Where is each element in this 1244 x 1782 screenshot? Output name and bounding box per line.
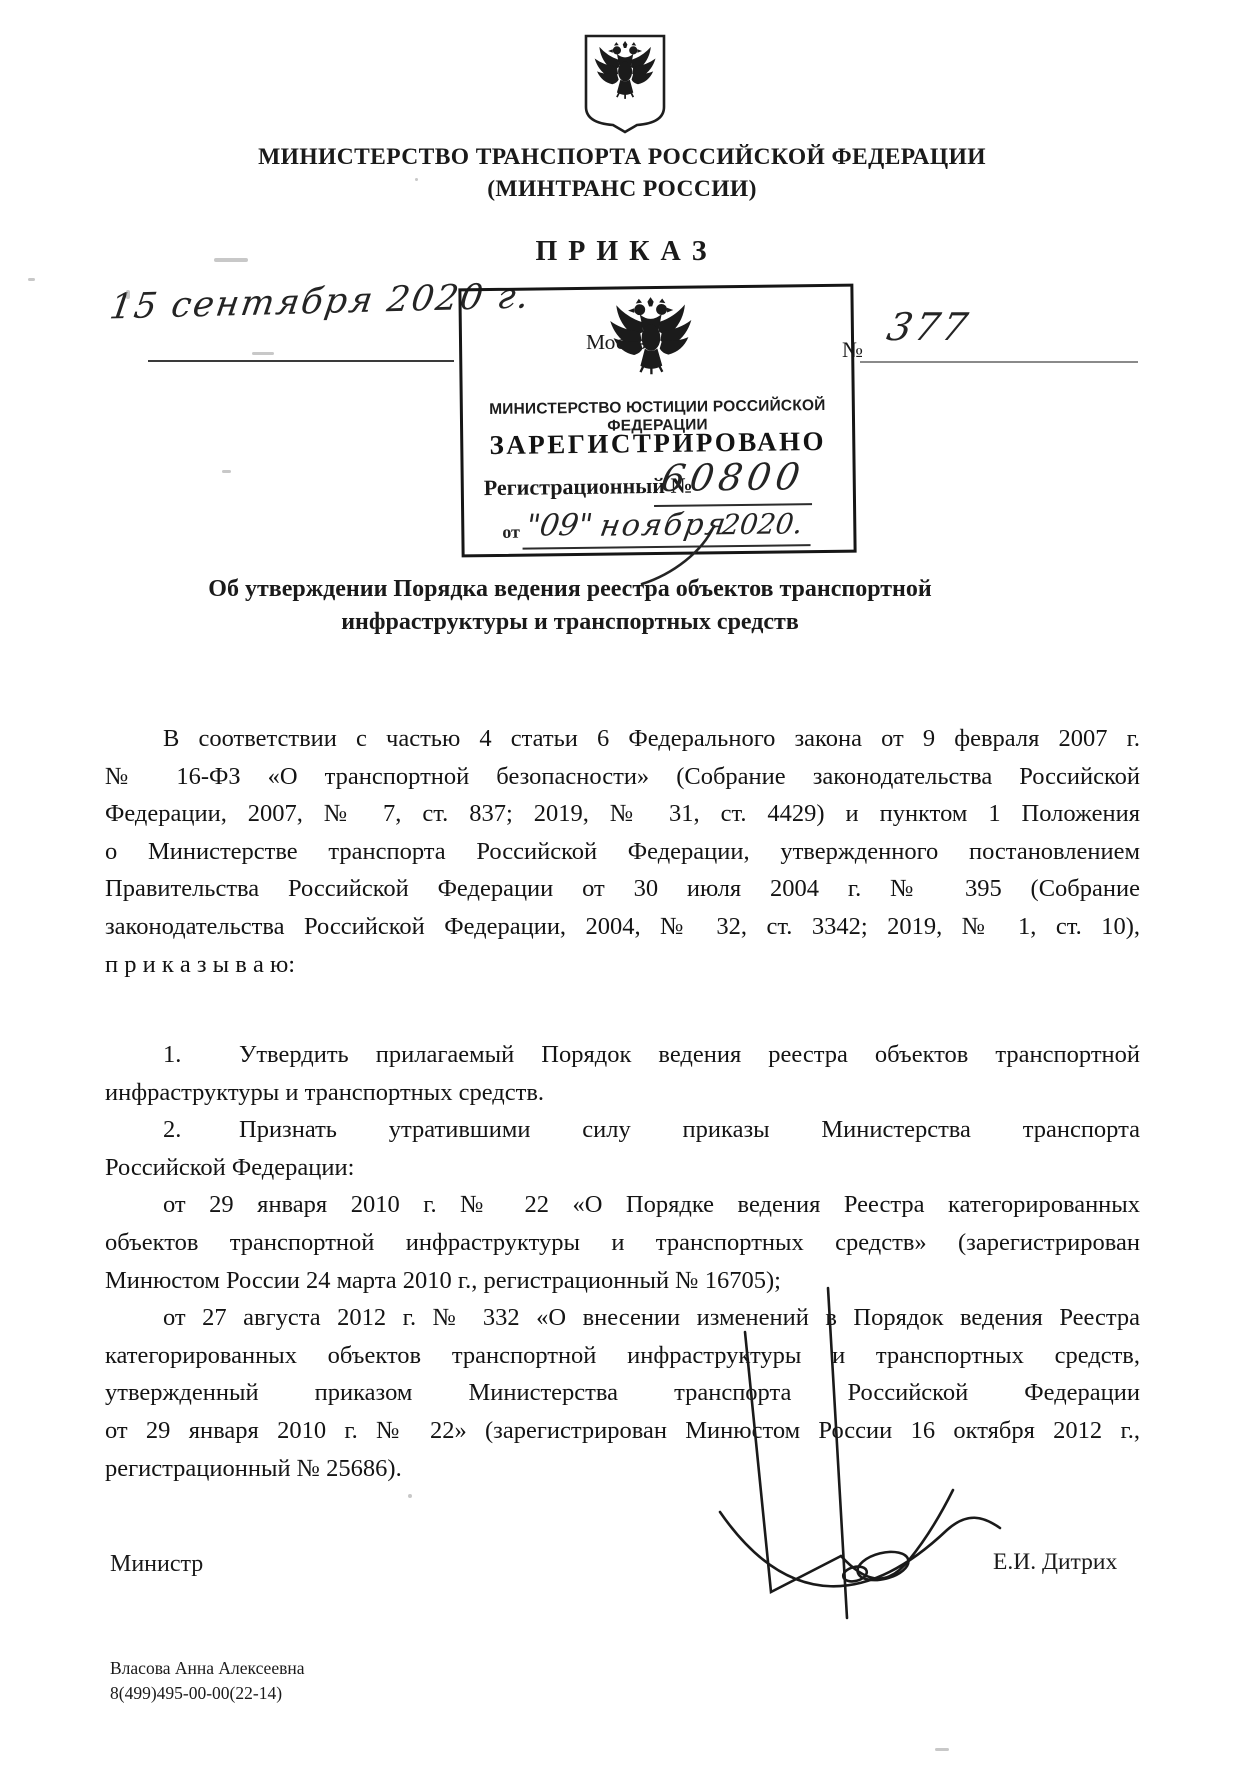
stamp-date-day: "09" (523, 508, 595, 544)
signer-name: Е.И. Дитрих (993, 1549, 1117, 1576)
scan-speck (408, 1494, 412, 1498)
body-line: В соответствии с частью 4 статьи 6 Федер… (105, 720, 1140, 758)
date-underline (148, 360, 454, 362)
body-line: № 16-ФЗ «О транспортной безопасности» (С… (105, 758, 1140, 796)
body-line: 2.Признать утратившими силу приказы Мини… (105, 1111, 1140, 1149)
body-line: п р и к а з ы в а ю: (105, 946, 1140, 984)
body-line: инфраструктуры и транспортных средств. (105, 1074, 1140, 1112)
body-line: законодательства Российской Федерации, 2… (105, 908, 1140, 946)
stamp-registration-number-value: 60800 (658, 455, 808, 500)
body-line: Федерации, 2007, № 7, ст. 837; 2019, № 3… (105, 795, 1140, 833)
contact-name: Власова Анна Алексеевна (110, 1656, 305, 1681)
item-marker: 2. (163, 1111, 239, 1149)
scan-speck (28, 278, 35, 281)
signer-position: Министр (110, 1551, 203, 1578)
scan-speck (415, 178, 418, 181)
handwritten-order-number: 377 (883, 305, 974, 349)
scan-speck (252, 352, 274, 355)
ministry-title-line2: (МИНТРАНС РОССИИ) (0, 176, 1244, 203)
body-line: от 29 января 2010 г. № 22 «О Порядке вед… (105, 1186, 1140, 1224)
scan-speck (935, 1748, 949, 1751)
item-marker: 1. (163, 1036, 239, 1074)
scan-speck (214, 258, 248, 262)
scan-speck (126, 290, 130, 299)
signature-scribble (695, 1268, 1015, 1653)
document-type-title: П Р И К А З (0, 236, 1244, 268)
preamble: В соответствии с частью 4 статьи 6 Федер… (105, 720, 1140, 983)
contact-phone: 8(499)495-00-00(22-14) (110, 1681, 305, 1706)
stamp-date-year: 2020. (720, 507, 804, 541)
contact-block: Власова Анна Алексеевна 8(499)495-00-00(… (110, 1656, 305, 1706)
body-line: о Министерстве транспорта Российской Фед… (105, 833, 1140, 871)
body-line: объектов транспортной инфраструктуры и т… (105, 1224, 1140, 1262)
document-page: МИНИСТЕРСТВО ТРАНСПОРТА РОССИЙСКОЙ ФЕДЕР… (0, 0, 1244, 1782)
order-subject-line1: Об утверждении Порядка ведения реестра о… (0, 573, 1140, 606)
body-line: Правительства Российской Федерации от 30… (105, 870, 1140, 908)
body-line: Российской Федерации: (105, 1149, 1140, 1187)
order-subject-line2: инфраструктуры и транспортных средств (0, 606, 1140, 639)
scan-speck (222, 470, 231, 473)
russia-coat-of-arms-icon (583, 33, 667, 135)
body-line: 1.Утвердить прилагаемый Порядок ведения … (105, 1036, 1140, 1074)
stamp-date-prefix: от (502, 522, 520, 543)
registration-stamp: МИНИСТЕРСТВО ЮСТИЦИИ РОССИЙСКОЙ ФЕДЕРАЦИ… (458, 284, 856, 558)
number-underline (860, 361, 1138, 363)
order-subject: Об утверждении Порядка ведения реестра о… (0, 573, 1140, 639)
ministry-title-line1: МИНИСТЕРСТВО ТРАНСПОРТА РОССИЙСКОЙ ФЕДЕР… (0, 144, 1244, 171)
russia-coat-of-arms-icon (602, 296, 699, 375)
